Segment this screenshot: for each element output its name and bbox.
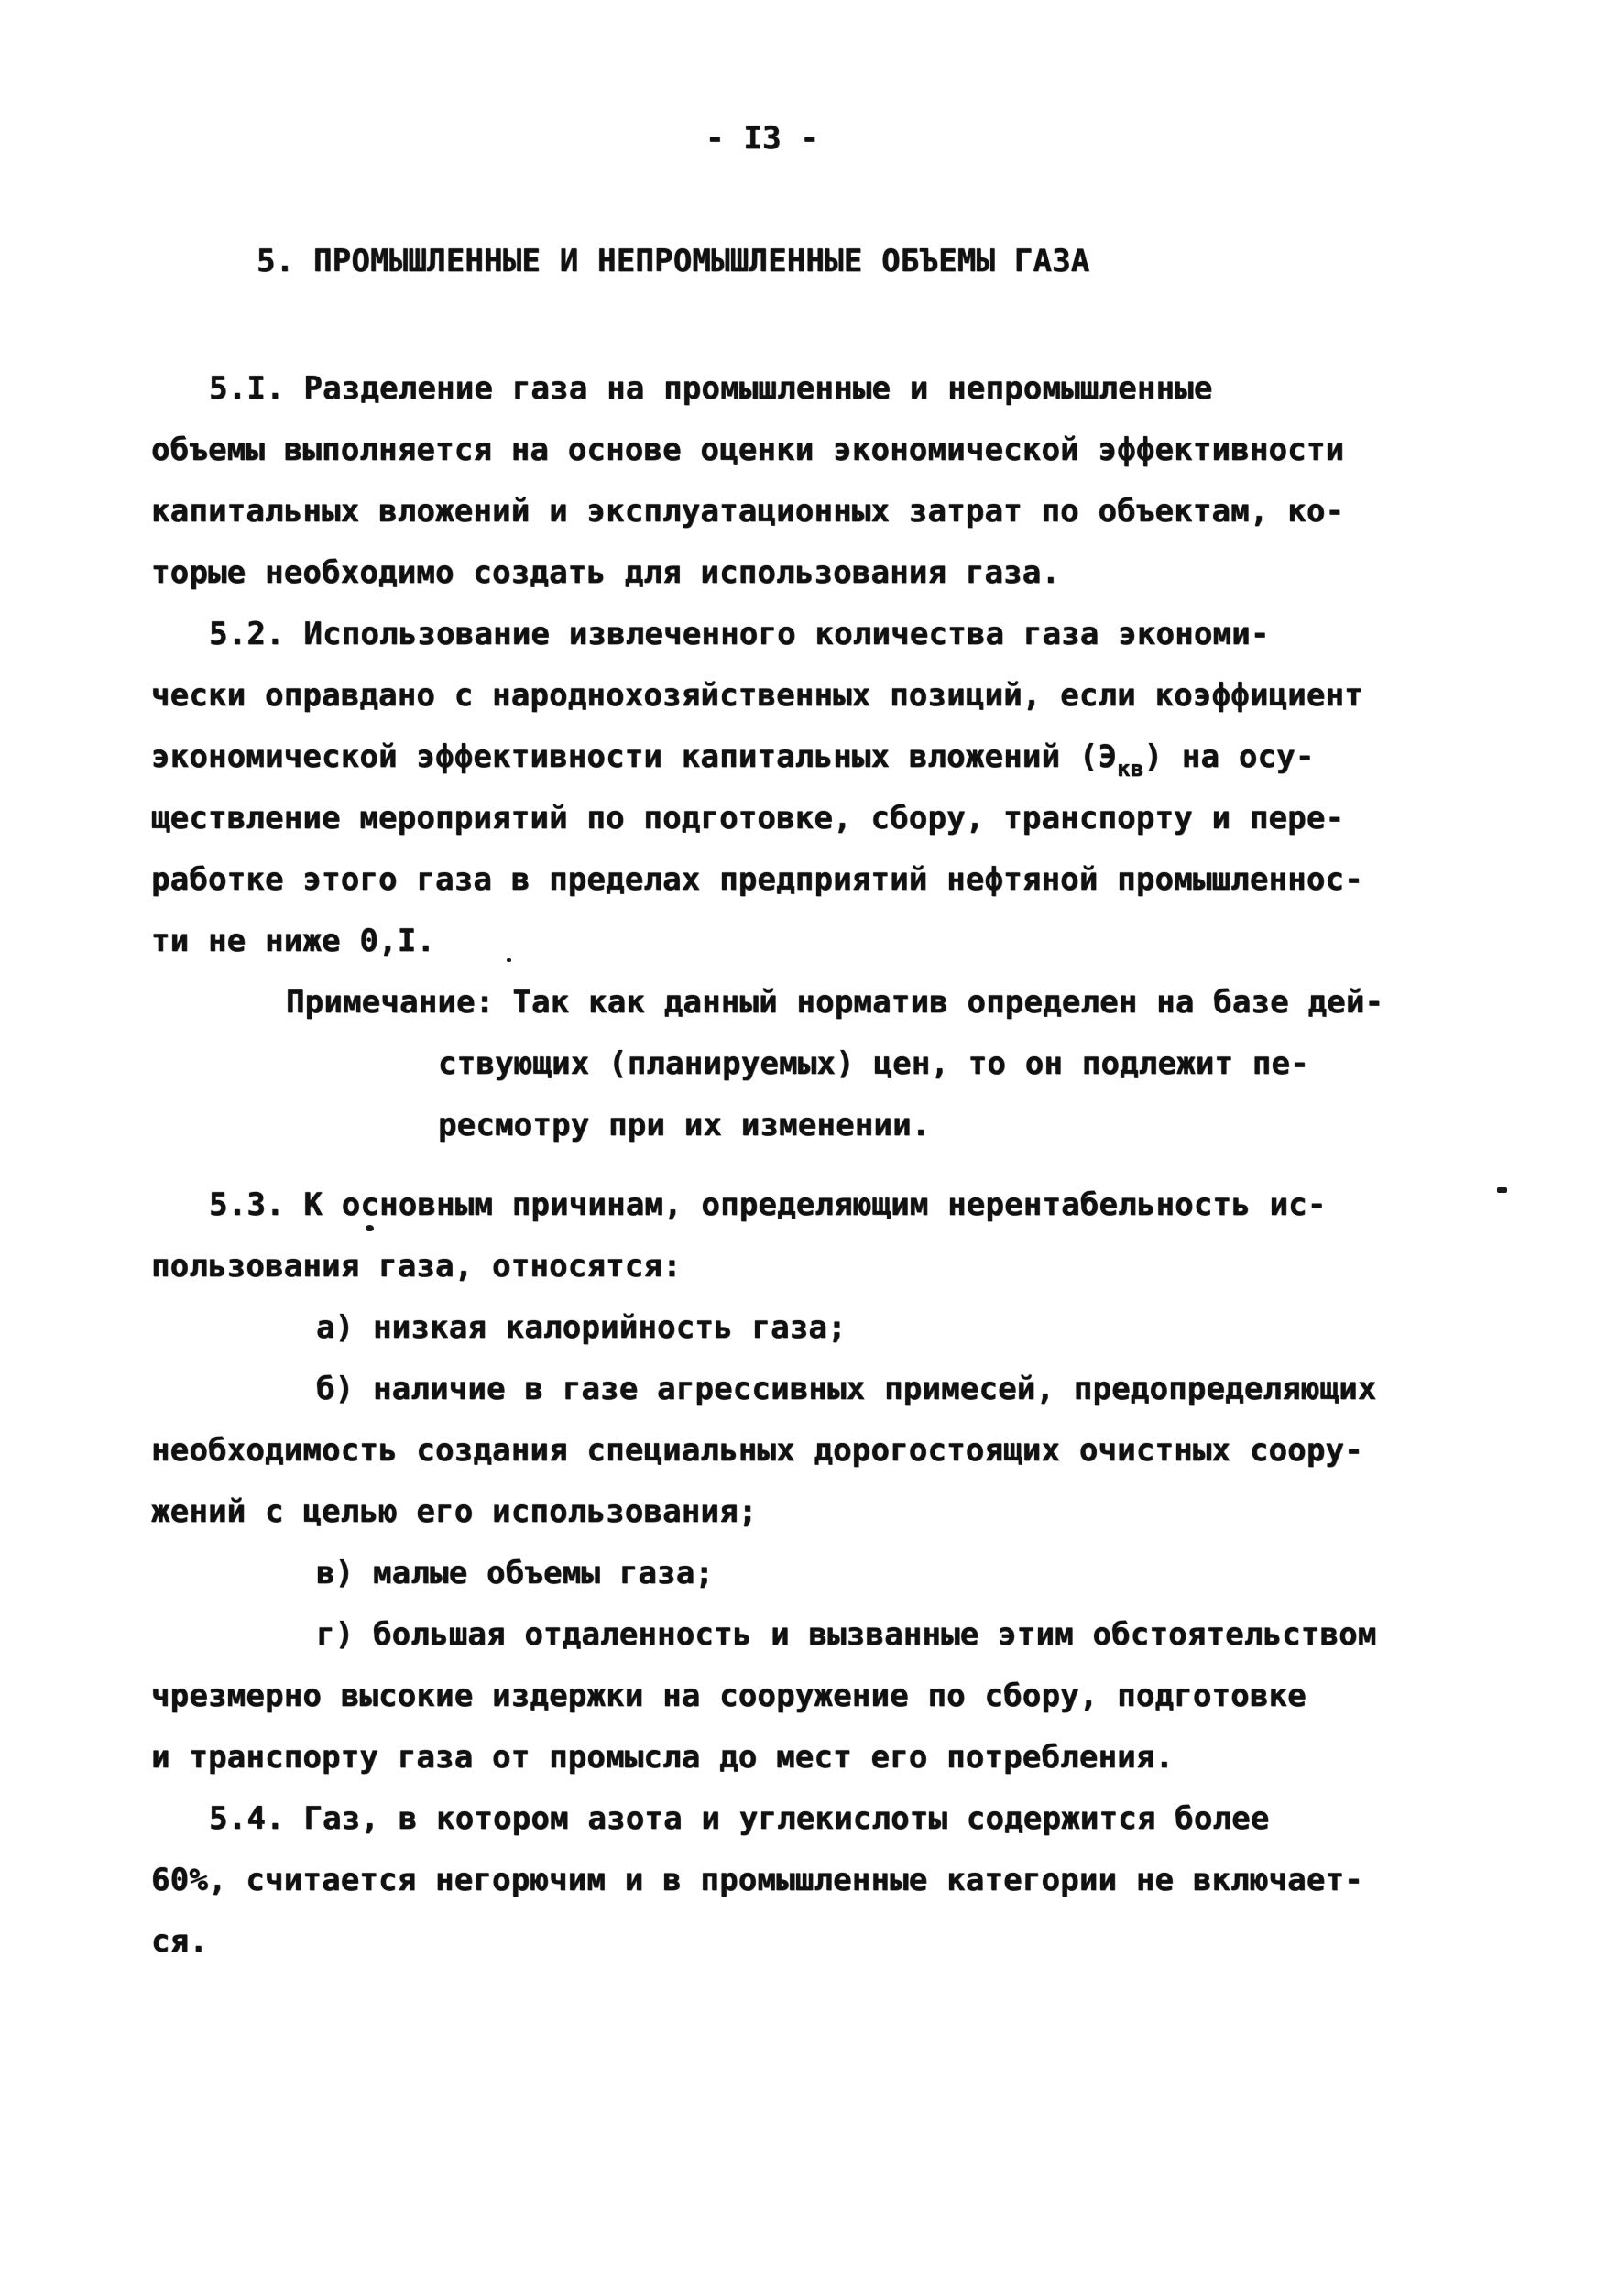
- list-item-g: г) большая отдаленность и вызванные этим…: [151, 1604, 1484, 1788]
- paragraph-5-1-line: объемы выполняется на основе оценки экон…: [151, 420, 1484, 481]
- list-item-b-line: жений с целью его использования;: [151, 1481, 1484, 1543]
- list-item-g-line: и транспорту газа от промысла до мест ег…: [151, 1727, 1484, 1788]
- paragraph-5-1-line: капитальных вложений и эксплуатационных …: [151, 481, 1484, 542]
- paragraph-5-1-line: торые необходимо создать для использован…: [151, 542, 1484, 604]
- page-content: - I3 - 5. ПРОМЫШЛЕННЫЕ И НЕПРОМЫШЛЕННЫЕ …: [151, 0, 1484, 1973]
- scan-speck: [507, 958, 511, 962]
- paragraph-5-3-line: пользования газа, относятся:: [151, 1236, 1484, 1297]
- paragraph-5-3-line: 5.3. К основным причинам, определяющим н…: [209, 1175, 1484, 1236]
- scan-speck: [1497, 1187, 1507, 1193]
- paragraph-5-1: 5.I. Разделение газа на промышленные и н…: [151, 358, 1484, 604]
- paragraph-5-4-line: 5.4. Газ, в котором азота и углекислоты …: [209, 1788, 1484, 1850]
- note-line-text: Так как данный норматив определен на баз…: [512, 984, 1383, 1021]
- list-item-a: а) низкая калорийность газа;: [151, 1297, 1484, 1359]
- note-block: Примечание:Так как данный норматив опред…: [151, 972, 1484, 1156]
- document-page: - I3 - 5. ПРОМЫШЛЕННЫЕ И НЕПРОМЫШЛЕННЫЕ …: [0, 0, 1618, 2296]
- formula-subscript: кв: [1117, 756, 1143, 782]
- paragraph-5-2-line: чески оправдано с народнохозяйственных п…: [151, 665, 1484, 727]
- paragraph-5-4-line: 60%, считается негорючим и в промышленны…: [151, 1850, 1484, 1911]
- list-item-b-line: б) наличие в газе агрессивных примесей, …: [316, 1359, 1484, 1420]
- list-item-g-line: чрезмерно высокие издержки на сооружение…: [151, 1666, 1484, 1727]
- list-item-b: б) наличие в газе агрессивных примесей, …: [151, 1359, 1484, 1543]
- paragraph-5-2-line: ществление мероприятий по подготовке, сб…: [151, 788, 1484, 849]
- section-heading: 5. ПРОМЫШЛЕННЫЕ И НЕПРОМЫШЛЕННЫЕ ОБЪЕМЫ …: [257, 231, 1484, 292]
- list-item-v: в) малые объемы газа;: [151, 1543, 1484, 1604]
- note-line-text: ствующих (планируемых) цен, то он подлеж…: [438, 1033, 1484, 1095]
- paragraph-5-2: 5.2. Использование извлеченного количест…: [151, 604, 1484, 972]
- page-number: - I3 -: [705, 108, 1484, 169]
- formula-pre-text: экономической эффективности капитальных …: [151, 738, 1117, 775]
- paragraph-5-2-line: работке этого газа в пределах предприяти…: [151, 849, 1484, 911]
- list-item-v-line: в) малые объемы газа;: [316, 1543, 1484, 1604]
- paragraph-5-1-line: 5.I. Разделение газа на промышленные и н…: [209, 358, 1484, 420]
- list-item-g-line: г) большая отдаленность и вызванные этим…: [316, 1604, 1484, 1666]
- paragraph-5-3: 5.3. К основным причинам, определяющим н…: [151, 1175, 1484, 1297]
- paragraph-5-2-line: 5.2. Использование извлеченного количест…: [209, 604, 1484, 665]
- note-label: Примечание:: [286, 984, 494, 1021]
- paragraph-5-4: 5.4. Газ, в котором азота и углекислоты …: [151, 1788, 1484, 1973]
- scan-speck: [366, 1225, 374, 1231]
- list-item-a-line: а) низкая калорийность газа;: [316, 1297, 1484, 1359]
- paragraph-5-2-line: ти не ниже 0,I.: [151, 911, 1484, 972]
- note-first-line: Примечание:Так как данный норматив опред…: [286, 972, 1484, 1033]
- formula-post-text: ) на осу-: [1143, 738, 1314, 775]
- paragraph-5-4-line: ся.: [151, 1911, 1484, 1973]
- paragraph-5-2-formula-line: экономической эффективности капитальных …: [151, 727, 1484, 788]
- list-item-b-line: необходимость создания специальных дорог…: [151, 1420, 1484, 1481]
- note-line-text: ресмотру при их изменении.: [438, 1095, 1484, 1156]
